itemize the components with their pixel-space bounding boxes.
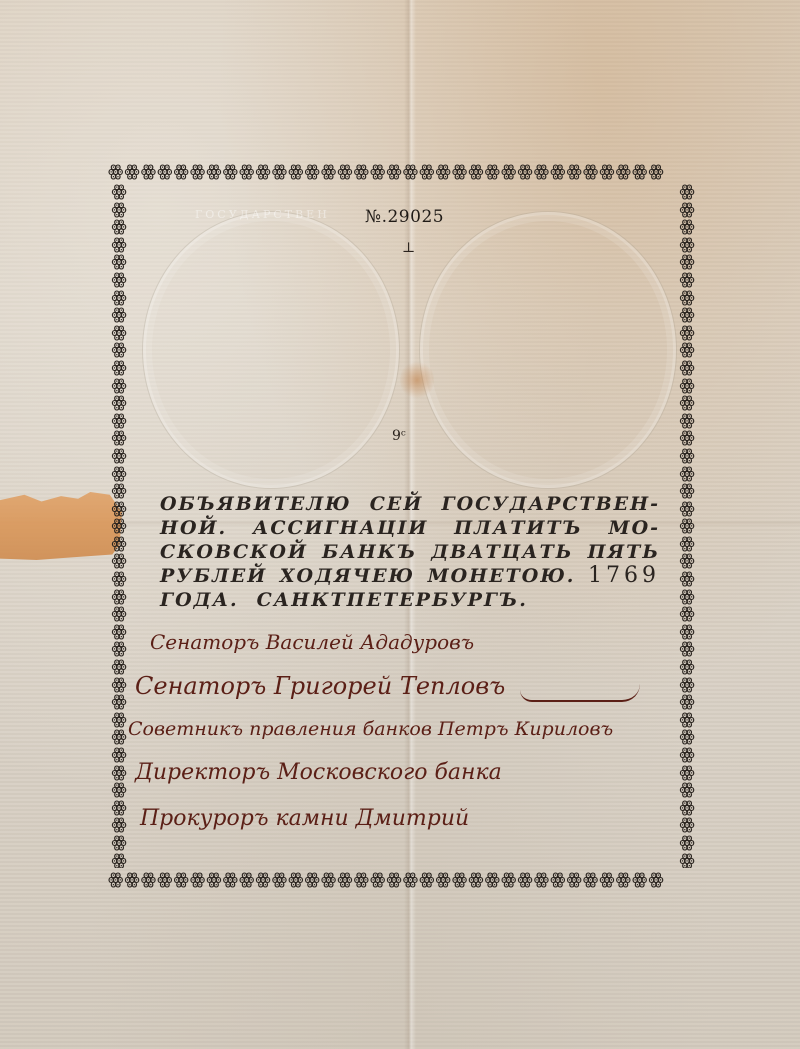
word: БАНКЪ xyxy=(322,540,417,564)
signature-1: Сенаторъ Василей Ададуровъ xyxy=(150,630,474,654)
word: СЕЙ xyxy=(370,492,424,516)
seal-inscription: ГОСУДАРСТВЕН xyxy=(195,208,330,221)
year: 1769 xyxy=(588,564,660,588)
word: ГОДА. xyxy=(160,588,239,612)
word: МО- xyxy=(609,516,660,540)
word: НОЙ. xyxy=(160,516,227,540)
word: АССИГНАЦІИ xyxy=(253,516,428,540)
word: ОБЪЯВИТЕЛЮ xyxy=(160,492,352,516)
word: ГОСУДАРСТВЕН- xyxy=(441,492,660,516)
print-line-2: НОЙ. АССИГНАЦІИ ПЛАТИТЪ МО- xyxy=(160,516,660,540)
ornamental-border-left: ꙮꙮꙮꙮꙮꙮꙮꙮꙮꙮꙮꙮꙮꙮꙮꙮꙮꙮꙮꙮꙮꙮꙮꙮꙮꙮꙮꙮꙮꙮꙮꙮꙮꙮꙮꙮꙮꙮꙮ xyxy=(108,182,130,868)
print-line-4: РУБЛЕЙ ХОДЯЧЕЮ МОНЕТОЮ. 1769 xyxy=(160,564,660,588)
center-mark: 9ᶜ xyxy=(392,428,406,444)
word: РУБЛЕЙ xyxy=(160,564,267,588)
fold-mark-top: ⊥ xyxy=(402,240,415,256)
word: ПЯТЬ xyxy=(587,540,660,564)
print-line-3: СКОВСКОЙ БАНКЪ ДВАТЦАТЬ ПЯТЬ xyxy=(160,540,660,564)
word: МОНЕТОЮ. xyxy=(428,564,576,588)
word: ХОДЯЧЕЮ xyxy=(280,564,415,588)
embossed-seal-left xyxy=(143,212,399,488)
ornamental-border-top: ꙮꙮꙮꙮꙮꙮꙮꙮꙮꙮꙮꙮꙮꙮꙮꙮꙮꙮꙮꙮꙮꙮꙮꙮꙮꙮꙮꙮꙮꙮꙮꙮꙮꙮ xyxy=(108,160,698,182)
ornamental-border-bottom: ꙮꙮꙮꙮꙮꙮꙮꙮꙮꙮꙮꙮꙮꙮꙮꙮꙮꙮꙮꙮꙮꙮꙮꙮꙮꙮꙮꙮꙮꙮꙮꙮꙮꙮ xyxy=(108,868,698,890)
ornamental-border-right: ꙮꙮꙮꙮꙮꙮꙮꙮꙮꙮꙮꙮꙮꙮꙮꙮꙮꙮꙮꙮꙮꙮꙮꙮꙮꙮꙮꙮꙮꙮꙮꙮꙮꙮꙮꙮꙮꙮꙮ xyxy=(676,182,698,868)
print-line-1: ОБЪЯВИТЕЛЮ СЕЙ ГОСУДАРСТВЕН- xyxy=(160,492,660,516)
adhesive-tape-repair xyxy=(0,492,122,560)
word: ПЛАТИТЪ xyxy=(454,516,583,540)
signature-2: Сенаторъ Григорей Тепловъ xyxy=(135,672,505,700)
signature-3: Советникъ правления банков Петръ Кирилов… xyxy=(128,718,613,740)
serial-number: №.29025 xyxy=(365,207,444,227)
word: ДВАТЦАТЬ xyxy=(431,540,573,564)
signature-4: Директоръ Московского банка xyxy=(135,760,502,785)
word: САНКТПЕТЕРБУРГЪ. xyxy=(257,588,528,612)
embossed-seal-right xyxy=(420,212,676,488)
print-line-5: ГОДА. САНКТПЕТЕРБУРГЪ. xyxy=(160,588,660,612)
rust-stain xyxy=(400,360,434,400)
signature-flourish xyxy=(520,684,640,702)
signature-5: Прокуроръ камни Дмитрий xyxy=(140,806,469,831)
printed-declaration: ОБЪЯВИТЕЛЮ СЕЙ ГОСУДАРСТВЕН- НОЙ. АССИГН… xyxy=(160,492,660,612)
word: СКОВСКОЙ xyxy=(160,540,308,564)
